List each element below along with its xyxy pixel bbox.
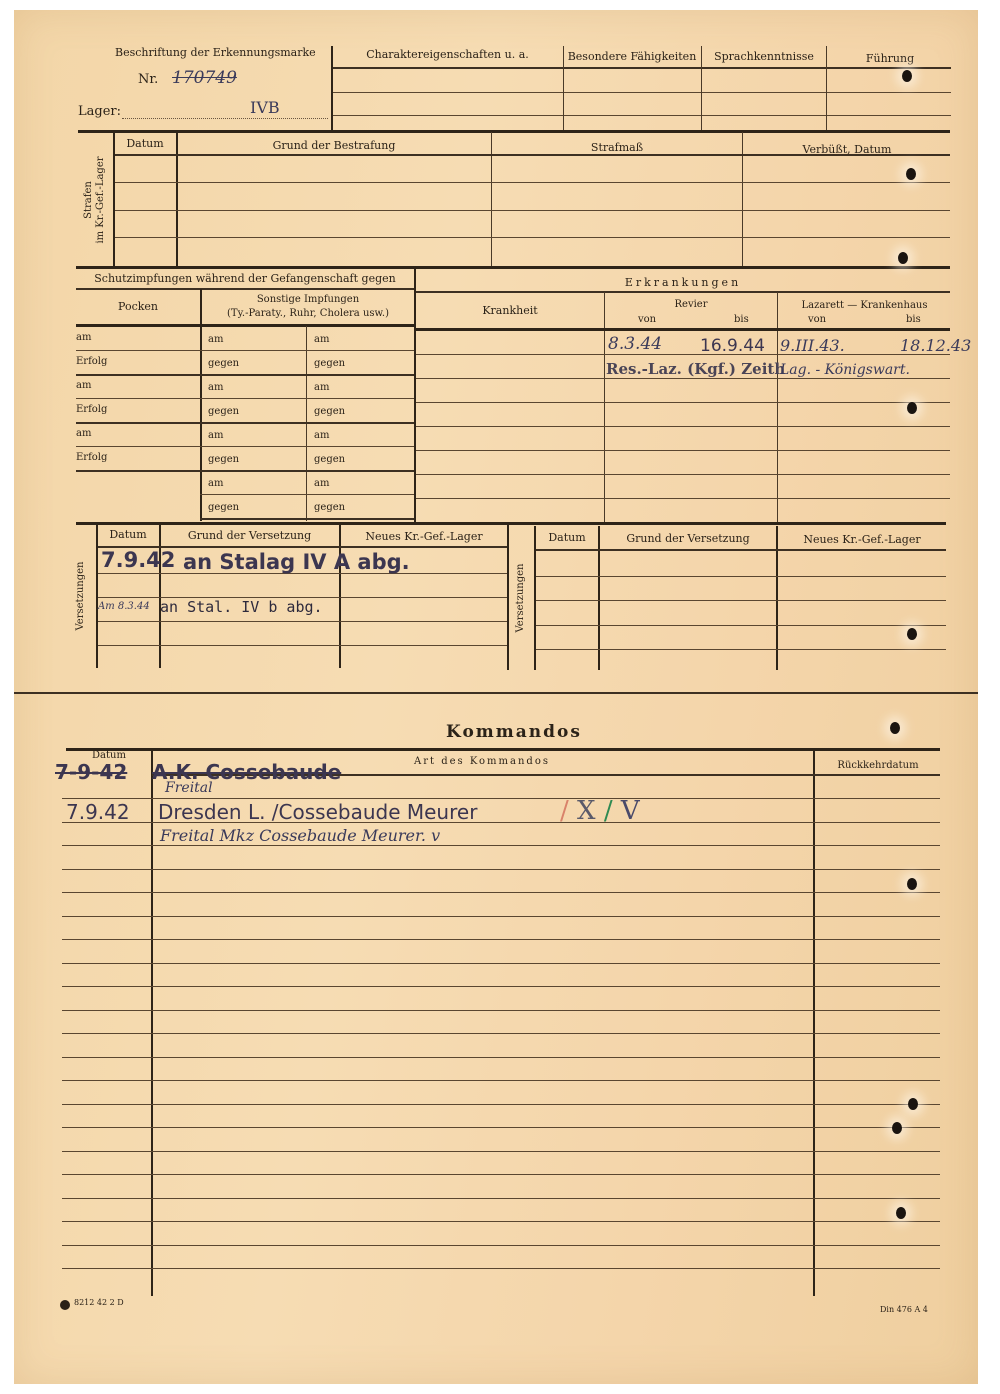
kommando-row-line xyxy=(62,798,940,799)
col-fuehrung: Führung xyxy=(828,52,952,65)
col-datum-2: Datum xyxy=(536,531,598,544)
sonstige-gegen-label: gegen xyxy=(208,406,239,417)
revier-bis: bis xyxy=(734,314,749,325)
kommando-2-note: Freital xyxy=(165,780,213,796)
lazarett-bis-value: 18.12.43 xyxy=(900,336,971,355)
vaccinations-title: Schutzimpfungen während der Gefangenscha… xyxy=(76,272,414,285)
kommando-row-line xyxy=(62,1080,940,1081)
rule xyxy=(115,182,950,183)
nr-label: Nr. xyxy=(138,72,158,87)
punch-hole xyxy=(908,1098,918,1110)
divider xyxy=(813,750,815,1296)
rule xyxy=(76,470,414,472)
col-grund-versetzung-1: Grund der Versetzung xyxy=(161,529,338,542)
sonstige-am-label: am xyxy=(314,382,329,393)
col-krankheit: Krankheit xyxy=(416,304,604,317)
rule xyxy=(416,291,950,293)
pocken-am-label: am xyxy=(76,380,91,391)
divider xyxy=(331,46,333,130)
lager-value: IVB xyxy=(250,98,280,117)
sonstige-am-label: am xyxy=(314,478,329,489)
pocken-am-label: am xyxy=(76,332,91,343)
sonstige-gegen-label: gegen xyxy=(208,502,239,513)
illnesses-title: Erkrankungen xyxy=(416,276,950,289)
col-grund-versetzung-2: Grund der Versetzung xyxy=(600,532,776,545)
sonstige-am-label: am xyxy=(314,430,329,441)
col-revier: Revier xyxy=(606,299,776,310)
col-sonstige: Sonstige Impfungen xyxy=(202,294,414,305)
nr-value: 170749 xyxy=(172,68,237,88)
rule xyxy=(536,600,946,601)
sonstige-gegen-label: gegen xyxy=(314,406,345,417)
rule xyxy=(416,328,950,331)
punch-hole xyxy=(907,402,917,414)
rule xyxy=(416,474,950,475)
col-rueckkehrdatum: Rückkehrdatum xyxy=(816,760,940,771)
pocken-am-label: am xyxy=(76,428,91,439)
divider xyxy=(742,132,743,268)
din-label: Din 476 A 4 xyxy=(880,1305,928,1314)
kommando-row-line xyxy=(62,1010,940,1011)
kommando-row-line xyxy=(62,1268,940,1269)
rule xyxy=(76,398,414,399)
punch-hole xyxy=(906,168,916,180)
rule xyxy=(333,92,951,93)
col-sprachen: Sprachkenntnisse xyxy=(703,50,825,63)
sonstige-am-label: am xyxy=(208,382,223,393)
sonstige-gegen-label: gegen xyxy=(208,454,239,465)
sonstige-am-label: am xyxy=(208,478,223,489)
kommando-row-line xyxy=(62,1245,940,1246)
rule xyxy=(333,115,951,116)
print-code: 8212 42 2 D xyxy=(74,1298,124,1307)
punch-hole xyxy=(907,878,917,890)
revier-von: von xyxy=(638,314,656,325)
rule xyxy=(76,288,414,290)
rule xyxy=(76,324,414,327)
rule xyxy=(115,237,950,238)
kommando-row-line xyxy=(62,1033,940,1034)
rule xyxy=(76,522,946,525)
kommandos-title: Kommandos xyxy=(14,722,1000,742)
rule xyxy=(416,402,950,403)
rule xyxy=(76,350,414,351)
rule xyxy=(200,518,414,520)
rule xyxy=(66,748,940,751)
col-neues-lager-1: Neues Kr.-Gef.-Lager xyxy=(341,530,507,543)
rule xyxy=(416,426,950,427)
kommando-row-line xyxy=(62,1104,940,1105)
lager-label: Lager: xyxy=(78,104,121,119)
rule xyxy=(416,378,950,379)
lazarett-note: Lag. - Königswart. xyxy=(780,362,910,378)
col-pocken: Pocken xyxy=(76,300,200,313)
rule xyxy=(536,549,946,551)
rule xyxy=(536,625,946,626)
kommando-row-line xyxy=(62,1151,940,1152)
divider xyxy=(151,750,153,1296)
kommando-row-line xyxy=(62,1174,940,1175)
rule xyxy=(115,210,950,211)
col-datum: Datum xyxy=(115,137,175,150)
col-sonstige-sub: (Ty.-Paraty., Ruhr, Cholera usw.) xyxy=(202,308,414,319)
col-grund-bestrafung: Grund der Bestrafung xyxy=(178,139,490,152)
kommando-2-date: 7.9.42 xyxy=(66,800,130,824)
transfer-1-date: 7.9.42 xyxy=(101,548,175,572)
kommando-3-text: Freital Mkz Cossebaude Meurer. v xyxy=(160,826,440,845)
pocken-erfolg-label: Erfolg xyxy=(76,452,107,463)
kommando-row-line xyxy=(62,1198,940,1199)
rule xyxy=(416,498,950,499)
rule xyxy=(115,154,950,156)
rule xyxy=(98,645,507,646)
print-mark-icon xyxy=(60,1300,70,1310)
col-strafmass: Strafmaß xyxy=(493,141,741,154)
kommando-row-line xyxy=(62,892,940,893)
lager-dotted-line xyxy=(122,118,328,119)
punch-hole xyxy=(890,722,900,734)
divider xyxy=(113,132,115,268)
pocken-erfolg-label: Erfolg xyxy=(76,356,107,367)
punch-hole xyxy=(902,70,912,82)
rule xyxy=(76,422,414,424)
punch-hole xyxy=(898,252,908,264)
record-card xyxy=(14,10,978,1384)
divider xyxy=(507,524,509,670)
lazarett-von: von xyxy=(808,314,826,325)
transfer-2-date: Am 8.3.44 xyxy=(98,601,150,612)
rule xyxy=(536,649,946,650)
rule xyxy=(76,266,950,269)
divider xyxy=(826,46,827,130)
divider xyxy=(176,132,178,268)
kommando-row-line xyxy=(62,963,940,964)
sonstige-am-label: am xyxy=(208,334,223,345)
fold-line xyxy=(14,692,978,694)
divider xyxy=(777,292,778,522)
transfers-side-label: Versetzungen xyxy=(75,551,87,641)
col-neues-lager-2: Neues Kr.-Gef.-Lager xyxy=(778,533,946,546)
punch-hole xyxy=(892,1122,902,1134)
divider xyxy=(604,292,605,522)
revier-bis-value: 16.9.44 xyxy=(700,336,765,356)
rule xyxy=(76,446,414,447)
lazarett-bis: bis xyxy=(906,314,921,325)
kommando-row-line xyxy=(62,1127,940,1128)
col-datum-1: Datum xyxy=(98,528,158,541)
tag-caption: Beschriftung der Erkennungsmarke xyxy=(115,46,316,59)
rule xyxy=(536,576,946,577)
rule xyxy=(200,494,414,495)
divider xyxy=(701,46,702,130)
kommando-row-line xyxy=(62,939,940,940)
rule xyxy=(76,374,414,376)
kommando-row-line xyxy=(62,916,940,917)
rule xyxy=(416,450,950,451)
kommando-2-text: Dresden L. /Cossebaude Meurer xyxy=(158,800,477,824)
hospital-stamp: Res.-Laz. (Kgf.) Zeith xyxy=(606,360,785,378)
sonstige-am-label: am xyxy=(208,430,223,441)
pocken-erfolg-label: Erfolg xyxy=(76,404,107,415)
punch-hole xyxy=(907,628,917,640)
divider xyxy=(491,132,492,268)
col-lazarett: Lazarett — Krankenhaus xyxy=(779,300,950,311)
kommando-row-line xyxy=(62,1057,940,1058)
rule xyxy=(98,621,507,622)
col-charakter: Charaktereigenschaften u. a. xyxy=(335,48,560,61)
transfer-2-text: an Stal. IV b abg. xyxy=(160,598,323,616)
kommando-1-date: 7-9-42 xyxy=(55,760,127,784)
kommando-row-line xyxy=(62,1221,940,1222)
transfers-side-label-2: Versetzungen xyxy=(515,553,527,643)
revier-von-value: 8.3.44 xyxy=(608,334,662,354)
rule xyxy=(78,130,950,133)
sonstige-am-label: am xyxy=(314,334,329,345)
rule xyxy=(333,67,951,69)
sonstige-gegen-label: gegen xyxy=(314,502,345,513)
kommando-2-marks: / X / V xyxy=(560,796,640,826)
punishments-side-label: Strafenim Kr.-Gef.-Lager xyxy=(83,150,107,250)
kommando-row-line xyxy=(62,845,940,846)
punch-hole xyxy=(896,1207,906,1219)
lazarett-von-value: 9.III.43. xyxy=(780,336,845,355)
sonstige-gegen-label: gegen xyxy=(208,358,239,369)
kommando-row-line xyxy=(62,869,940,870)
rule xyxy=(416,354,950,355)
sonstige-gegen-label: gegen xyxy=(314,454,345,465)
kommando-row-line xyxy=(62,986,940,987)
divider xyxy=(563,46,564,130)
col-faehigkeiten: Besondere Fähigkeiten xyxy=(563,50,701,63)
sonstige-gegen-label: gegen xyxy=(314,358,345,369)
transfer-1-text: an Stalag IV A abg. xyxy=(183,550,410,574)
